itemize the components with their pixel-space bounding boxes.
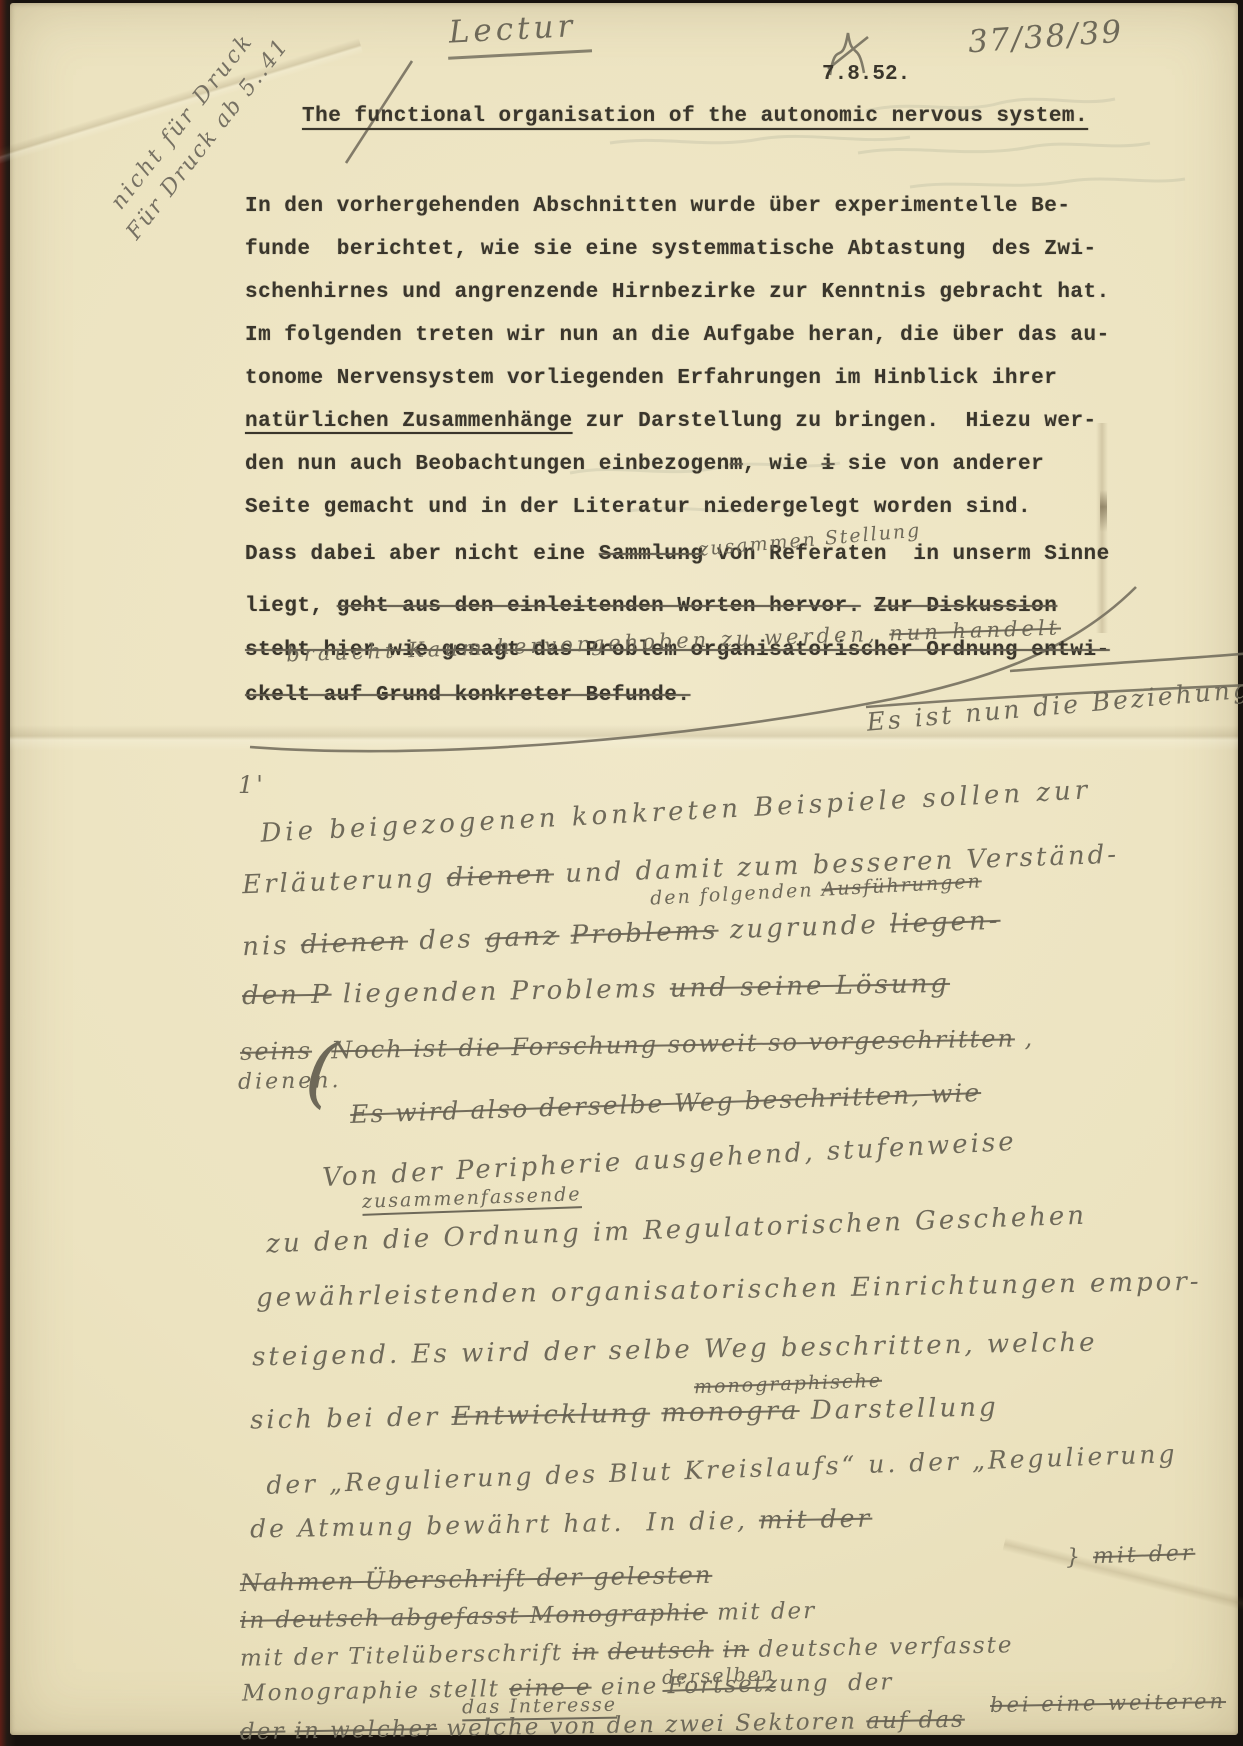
struck-text: Problems: [570, 916, 719, 951]
text-segment: , wie: [743, 453, 822, 476]
text-segment: gewährleistenden organisatorischen Einri…: [256, 1267, 1202, 1313]
struck-text: ganz: [484, 921, 560, 954]
struck-text: monogra: [661, 1396, 800, 1428]
struck-text: liegen-: [889, 906, 1001, 940]
struck-text: Entwicklung: [451, 1399, 650, 1432]
struck-text: auf das: [866, 1707, 965, 1735]
handwritten-line: de Atmung bewährt hat. In die, mit der: [250, 1504, 873, 1544]
struck-text: in welcher: [294, 1716, 437, 1744]
text-segment: de Atmung bewährt hat. In die,: [250, 1506, 759, 1544]
struck-text: Zur Diskussion: [874, 595, 1057, 618]
manuscript-page: nicht für Druck Für Druck ab 5..41 Lectu…: [10, 3, 1238, 1735]
typed-line: natürlichen Zusammenhänge zur Darstellun…: [245, 410, 1097, 433]
handwritten-line: steigend. Es wird der selbe Weg beschrit…: [252, 1328, 1098, 1373]
text-segment: [285, 1718, 295, 1744]
text-segment: deutsche verfasste: [749, 1632, 1014, 1663]
underlined-text: natürlichen Zusammenhänge: [245, 410, 573, 433]
handwritten-line: Es wird also derselbe Weg beschritten, w…: [350, 1078, 982, 1129]
page-numbers: 37/38/39: [967, 14, 1124, 61]
lecture-label: Lectur: [446, 7, 592, 59]
struck-text: seins: [240, 1037, 312, 1066]
text-segment: mit der: [708, 1598, 817, 1626]
text-segment: steigend. Es wird der selbe Weg beschrit…: [252, 1328, 1098, 1373]
struck-text: Nahmen Überschrift der gelesten: [240, 1561, 713, 1597]
handwritten-line: der in welcher welche von den zwei Sekto…: [240, 1707, 965, 1746]
handwritten-line: Von der Peripherie ausgehend, stufenweis…: [322, 1127, 1018, 1193]
text-segment: den nun auch Beobachtungen einbezogen: [245, 453, 730, 476]
typed-line: tonome Nervensystem vorliegenden Erfahru…: [245, 367, 1057, 390]
text-segment: des: [408, 924, 486, 957]
struck-text: bei eine weiteren: [990, 1689, 1226, 1717]
handwritten-line: Nahmen Überschrift der gelesten: [240, 1561, 713, 1597]
struck-text: dienen: [300, 926, 408, 960]
typed-line: schenhirnes und angrenzende Hirnbezirke …: [245, 281, 1110, 304]
text-segment: [598, 1639, 608, 1665]
text-segment: Erläuterung: [242, 863, 448, 900]
text-segment: eine Fortsetzung der: [591, 1669, 893, 1700]
text-segment: [713, 1637, 723, 1663]
text-segment: }: [1066, 1544, 1094, 1570]
paper-tear: [1100, 490, 1107, 532]
paper-crease: [1096, 423, 1108, 633]
text-segment: Die beigezogenen konkreten Beispiele sol…: [260, 775, 1092, 848]
handwritten-line: bei eine weiteren: [990, 1689, 1226, 1717]
struck-text: i: [822, 453, 835, 476]
text-segment: zugrunde: [718, 910, 891, 946]
struck-text: in: [723, 1637, 750, 1663]
struck-text: m: [730, 453, 743, 476]
struck-text: dienen: [446, 859, 554, 893]
struck-text: mit der: [759, 1504, 873, 1535]
text-segment: mit der Titelüberschrift: [240, 1640, 573, 1672]
handwritten-line: Die beigezogenen konkreten Beispiele sol…: [260, 775, 1092, 848]
handwritten-line: nis dienen des ganz Problems zugrunde li…: [242, 906, 1001, 962]
page-title: The functional organisation of the auton…: [302, 105, 1088, 128]
struck-text: und seine Lösung: [670, 969, 951, 1004]
struck-text: ckelt auf Grund konkreter Befunde.: [245, 684, 690, 707]
struck-text: mit der: [1093, 1541, 1196, 1570]
text-segment: Seite gemacht und in der Literatur niede…: [245, 496, 1031, 519]
text-segment: Es ist nun die Beziehung: [865, 674, 1243, 737]
typed-line: den nun auch Beobachtungen einbezogenm, …: [245, 453, 1044, 476]
text-segment: liegenden Problems: [331, 974, 670, 1010]
text-segment: funde berichtet, wie sie eine systemmati…: [245, 238, 1097, 261]
text-segment: nis: [242, 930, 302, 962]
text-segment: ,: [1015, 1024, 1035, 1052]
typed-line: In den vorhergehenden Abschnitten wurde …: [245, 195, 1070, 218]
date: 7.8.52.: [822, 63, 910, 86]
typed-line: Seite gemacht und in der Literatur niede…: [245, 496, 1031, 519]
text-segment: sie von anderer: [835, 453, 1045, 476]
typed-line: liegt, geht aus den einleitenden Worten …: [245, 595, 1057, 618]
struck-text: geht aus den einleitenden Worten hervor.: [337, 595, 861, 618]
struck-text: Es wird also derselbe Weg beschritten, w…: [350, 1078, 982, 1129]
text-segment: Darstellung: [799, 1392, 998, 1425]
handwritten-line: } mit der: [1066, 1541, 1196, 1570]
struck-text: der: [240, 1719, 286, 1746]
text-segment: Von der Peripherie ausgehend, stufenweis…: [322, 1127, 1018, 1193]
handwritten-line: in deutsch abgefasst Monographie mit der: [240, 1598, 817, 1634]
typed-line: ckelt auf Grund konkreter Befunde.: [245, 684, 690, 707]
typed-line: funde berichtet, wie sie eine systemmati…: [245, 238, 1097, 261]
text-segment: Dass dabei aber nicht eine: [245, 543, 599, 566]
struck-text: deutsch: [608, 1637, 714, 1665]
struck-text: Noch ist die Forschung soweit so vorgesc…: [331, 1024, 1015, 1064]
typed-line: Dass dabei aber nicht eine Sammlung von …: [245, 543, 1110, 566]
text-segment: [861, 595, 874, 618]
bleedthrough-ghost-writing: [570, 99, 1185, 511]
handwritten-line: mit der Titelüberschrift in deutsch in d…: [240, 1632, 1014, 1671]
struck-text: Sammlung: [599, 543, 704, 566]
struck-text: in: [572, 1639, 599, 1665]
struck-text: in deutsch abgefasst Monographie: [240, 1600, 708, 1634]
margin-tick: 1': [238, 771, 266, 799]
text-segment: der „Regulierung des Blut Kreislaufs“ u.…: [266, 1439, 1178, 1500]
text-segment: Im folgenden treten wir nun an die Aufga…: [245, 324, 1110, 347]
handwritten-line: der „Regulierung des Blut Kreislaufs“ u.…: [266, 1439, 1178, 1500]
text-segment: In den vorhergehenden Abschnitten wurde …: [245, 195, 1070, 218]
text-segment: sich bei der: [250, 1402, 452, 1436]
paper-crease: [10, 725, 1238, 751]
typed-line: Im folgenden treten wir nun an die Aufga…: [245, 324, 1110, 347]
text-segment: 1': [238, 771, 266, 799]
text-segment: schenhirnes und angrenzende Hirnbezirke …: [245, 281, 1110, 304]
handwritten-line: seins Noch ist die Forschung soweit so v…: [240, 1024, 1035, 1066]
text-segment: liegt,: [245, 595, 337, 618]
struck-text: den P: [242, 980, 332, 1012]
text-segment: tonome Nervensystem vorliegenden Erfahru…: [245, 367, 1057, 390]
insertion-es-ist: Es ist nun die Beziehung: [865, 674, 1243, 737]
handwritten-line: den P liegenden Problems und seine Lösun…: [242, 969, 950, 1011]
text-segment: zur Darstellung zu bringen. Hiezu wer-: [573, 410, 1097, 433]
handwritten-line: gewährleistenden organisatorischen Einri…: [256, 1267, 1202, 1313]
handwritten-line: sich bei der Entwicklung monogra Darstel…: [250, 1392, 999, 1435]
